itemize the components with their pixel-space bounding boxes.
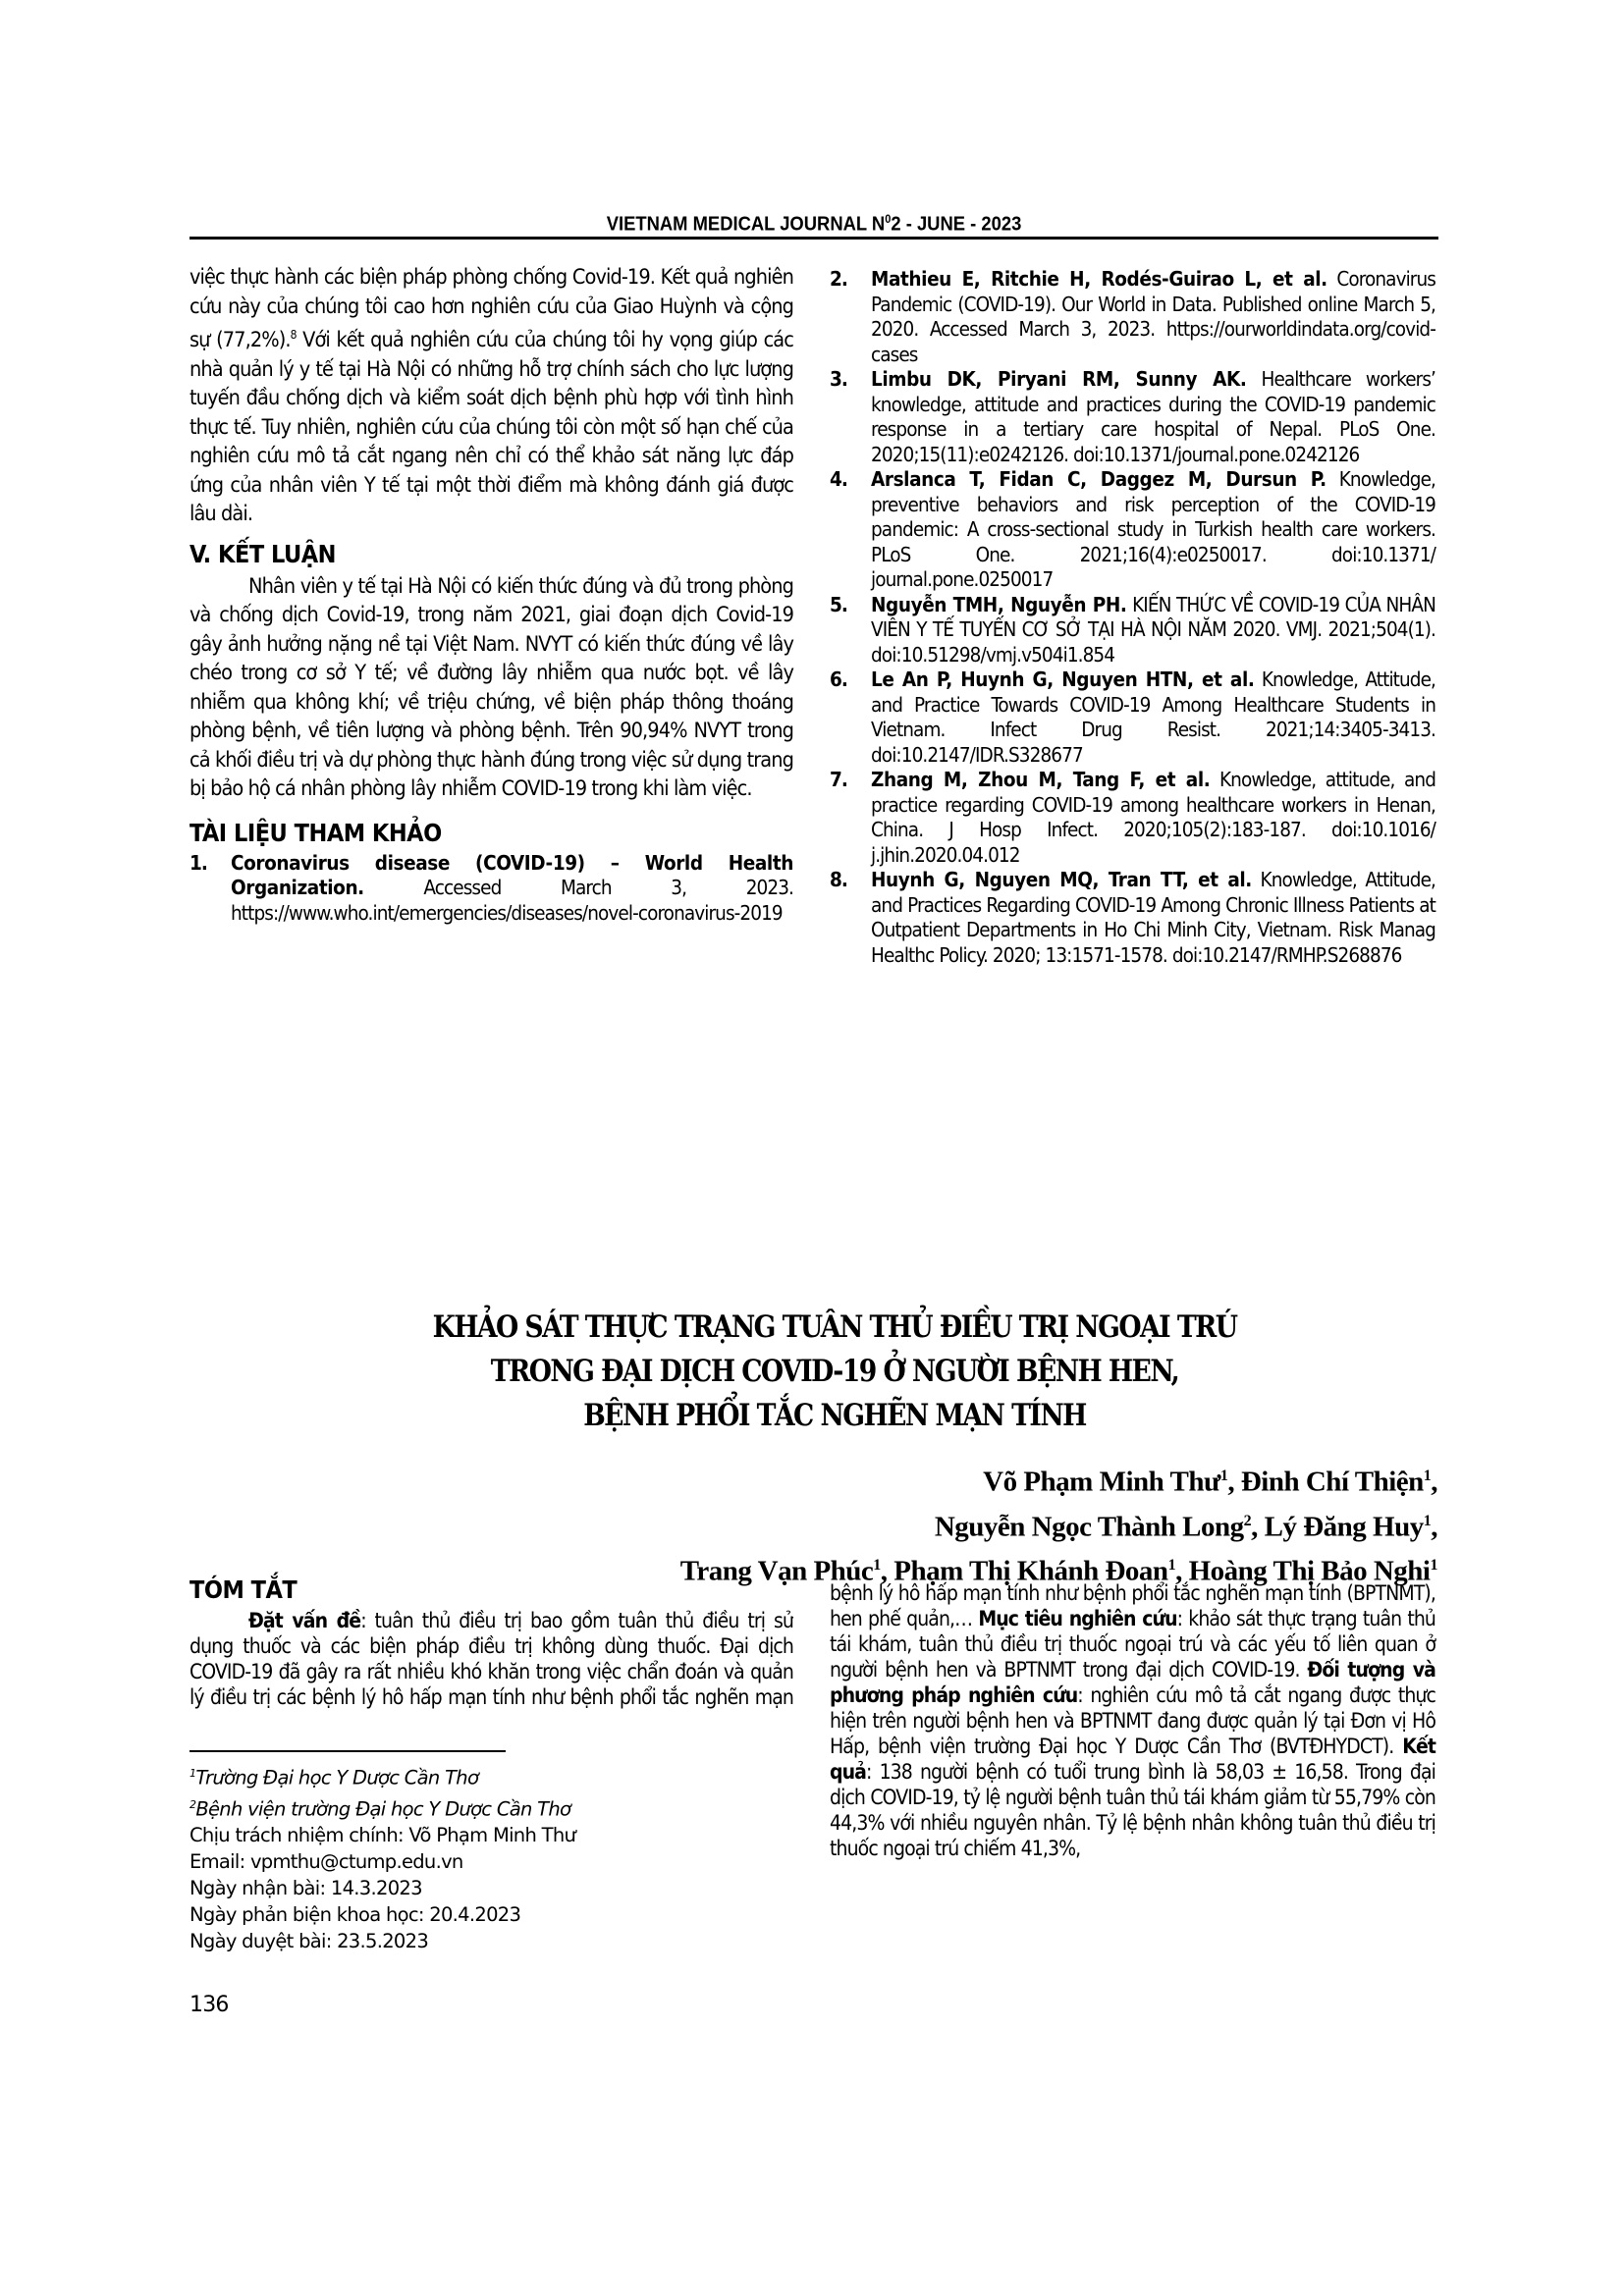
footnotes: 1Trường Đại học Y Dược Cần Thơ 2Bệnh việ… (189, 1760, 798, 1954)
objective-label: Mục tiêu nghiên cứu (978, 1607, 1176, 1630)
received-date: Ngày nhận bài: 14.3.2023 (189, 1875, 798, 1901)
accepted-date: Ngày duyệt bài: 23.5.2023 (189, 1928, 798, 1954)
reference-number: 5. (830, 593, 847, 618)
abstract-left-column: TÓM TẮT Đặt vấn đề: tuân thủ điều trị ba… (189, 1575, 793, 1710)
journal-name: VIETNAM MEDICAL JOURNAL N (607, 214, 886, 236)
reference-authors: Nguyễn TMH, Nguyễn PH. (871, 593, 1127, 616)
email: Email: vpmthu@ctump.edu.vn (189, 1848, 798, 1875)
reference-number: 7. (830, 768, 847, 793)
reference-authors: Le An P, Huynh G, Nguyen HTN, et al. (871, 667, 1254, 691)
affiliation-sup: 1 (873, 1557, 881, 1574)
separator: , (1431, 1467, 1437, 1498)
reference-number: 4. (830, 467, 847, 493)
abstract-right-column: bệnh lý hô hấp mạn tính như bệnh phổi tắ… (830, 1580, 1435, 1861)
right-column-references: 2.Mathieu E, Ritchie H, Rodés-Guirao L, … (830, 267, 1435, 968)
reference-authors: Arslanca T, Fidan C, Daggez M, Dursun P. (871, 467, 1326, 491)
reference-number: 2. (830, 267, 847, 293)
affiliation-sup: 1 (1168, 1557, 1176, 1574)
separator: , (1227, 1467, 1241, 1498)
reference-item: 7.Zhang M, Zhou M, Tang F, et al. Knowle… (830, 768, 1435, 868)
reference-item: 6.Le An P, Huynh G, Nguyen HTN, et al. K… (830, 667, 1435, 768)
reference-number: 8. (830, 868, 847, 893)
affiliation-text: Trường Đại học Y Dược Cần Thơ (195, 1767, 478, 1789)
reference-authors: Zhang M, Zhou M, Tang F, et al. (871, 768, 1210, 791)
author-name: Lý Đăng Huy (1265, 1511, 1424, 1542)
reference-item: 1.Coronavirus disease (COVID-19) – World… (189, 851, 793, 927)
reference-authors: Huynh G, Nguyen MQ, Tran TT, et al. (871, 868, 1252, 891)
affiliation-2: 2Bệnh viện trường Đại học Y Dược Cần Thơ (189, 1791, 798, 1823)
reference-item: 5.Nguyễn TMH, Nguyễn PH. KIẾN THỨC VỀ CO… (830, 593, 1435, 668)
reference-authors: Limbu DK, Piryani RM, Sunny AK. (871, 367, 1247, 391)
abstract-background: Đặt vấn đề: tuân thủ điều trị bao gồm tu… (189, 1608, 793, 1710)
author-name: Võ Phạm Minh Thư (983, 1467, 1220, 1498)
discussion-paragraph: việc thực hành các biện pháp phòng chống… (189, 263, 793, 529)
affiliation-text: Bệnh viện trường Đại học Y Dược Cần Thơ (195, 1797, 570, 1820)
references-heading: TÀI LIỆU THAM KHẢO (189, 818, 793, 849)
title-line: BỆNH PHỔI TẮC NGHẼN MẠN TÍNH (328, 1394, 1341, 1438)
separator: , (1431, 1511, 1437, 1542)
reference-number: 1. (189, 851, 207, 877)
reference-item: 8.Huynh G, Nguyen MQ, Tran TT, et al. Kn… (830, 868, 1435, 968)
journal-issue: 2 - JUNE - 2023 (891, 214, 1021, 236)
reference-item: 4.Arslanca T, Fidan C, Daggez M, Dursun … (830, 467, 1435, 593)
reference-authors: Mathieu E, Ritchie H, Rodés-Guirao L, et… (871, 267, 1327, 291)
conclusion-heading: V. KẾT LUẬN (189, 539, 793, 570)
article-title: KHẢO SÁT THỰC TRẠNG TUÂN THỦ ĐIỀU TRỊ NG… (328, 1306, 1341, 1438)
affiliation-1: 1Trường Đại học Y Dược Cần Thơ (189, 1760, 798, 1791)
results-text: : 138 người bệnh có tuổi trung bình là 5… (830, 1760, 1435, 1860)
discussion-text-2: Với kết quả nghiên cứu của chúng tôi hy … (189, 328, 793, 526)
title-line: TRONG ĐẠI DỊCH COVID-19 Ở NGƯỜI BỆNH HEN… (328, 1350, 1341, 1394)
abstract-heading: TÓM TẮT (189, 1575, 793, 1606)
background-label: Đặt vấn đề (248, 1609, 360, 1632)
page-number: 136 (189, 1993, 229, 2017)
author-name: Nguyễn Ngọc Thành Long (935, 1511, 1244, 1542)
reference-item: 2.Mathieu E, Ritchie H, Rodés-Guirao L, … (830, 267, 1435, 367)
running-header: VIETNAM MEDICAL JOURNAL N02 - JUNE - 202… (240, 212, 1388, 237)
conclusion-paragraph: Nhân viên y tế tại Hà Nội có kiến thức đ… (189, 572, 793, 804)
separator: , (1251, 1511, 1265, 1542)
left-column-top: việc thực hành các biện pháp phòng chống… (189, 263, 793, 926)
author-line: Nguyễn Ngọc Thành Long2, Lý Đăng Huy1, (259, 1502, 1437, 1547)
reference-item: 3.Limbu DK, Piryani RM, Sunny AK. Health… (830, 367, 1435, 467)
author-name: Đinh Chí Thiện (1241, 1467, 1424, 1498)
author-list: Võ Phạm Minh Thư1, Đinh Chí Thiện1, Nguy… (259, 1457, 1437, 1591)
reference-number: 3. (830, 367, 847, 393)
title-line: KHẢO SÁT THỰC TRẠNG TUÂN THỦ ĐIỀU TRỊ NG… (328, 1306, 1341, 1350)
corresponding-author: Chịu trách nhiệm chính: Võ Phạm Minh Thư (189, 1822, 798, 1848)
footnote-rule (189, 1750, 506, 1752)
header-rule (189, 237, 1438, 240)
reference-number: 6. (830, 667, 847, 693)
affiliation-sup: 1 (1431, 1557, 1438, 1574)
reviewed-date: Ngày phản biện khoa học: 20.4.2023 (189, 1901, 798, 1928)
author-line: Võ Phạm Minh Thư1, Đinh Chí Thiện1, (259, 1457, 1437, 1502)
abstract-continuation: bệnh lý hô hấp mạn tính như bệnh phổi tắ… (830, 1580, 1435, 1861)
